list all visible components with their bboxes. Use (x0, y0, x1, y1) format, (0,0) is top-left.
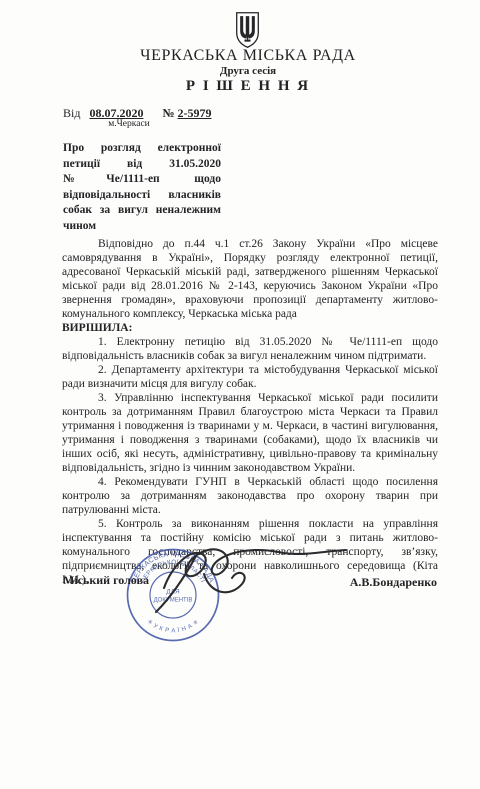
date-value: 08.07.2020 (89, 106, 143, 120)
ukraine-trident-icon (234, 11, 261, 49)
stamp-bottom-text: ✳ У К Р А Ї Н А ✳ (146, 618, 201, 634)
resolution-item-4: 4. Рекомендувати ГУНП в Черкаській облас… (62, 475, 438, 517)
city-line: м.Черкаси (90, 119, 168, 129)
signer-title: Міський голова (63, 573, 149, 588)
number-group: № 2-5979 (162, 106, 211, 120)
resolved-heading: ВИРІШИЛА: (62, 321, 438, 335)
document-page: ЧЕРКАСЬКА МІСЬКА РАДА Друга сесія Р І Ш … (0, 0, 480, 789)
subject-paragraph: Про розгляд електронної петиції від 31.0… (63, 141, 221, 235)
resolution-item-3: 3. Управлінню інспектування Черкаської м… (62, 391, 438, 475)
signer-name: А.В.Бондаренко (262, 575, 437, 590)
svg-text:✳ У К Р А Ї Н А ✳: ✳ У К Р А Ї Н А ✳ (146, 618, 201, 634)
date-label: Від (63, 106, 80, 120)
organization-name: ЧЕРКАСЬКА МІСЬКА РАДА (16, 47, 480, 65)
intro-paragraph: Відповідно до п.44 ч.1 ст.26 Закону Укра… (62, 237, 438, 321)
document-body: Відповідно до п.44 ч.1 ст.26 Закону Укра… (62, 237, 438, 587)
session-line: Друга сесія (16, 65, 480, 77)
number-value: 2-5979 (178, 106, 212, 120)
resolution-item-2: 2. Департаменту архітектури та містобуду… (62, 363, 438, 391)
document-type-title: Р І Ш Е Н Н Я (16, 78, 480, 95)
number-label: № (162, 106, 177, 120)
resolution-item-1: 1. Електронну петицію від 31.05.2020 № Ч… (62, 335, 438, 363)
